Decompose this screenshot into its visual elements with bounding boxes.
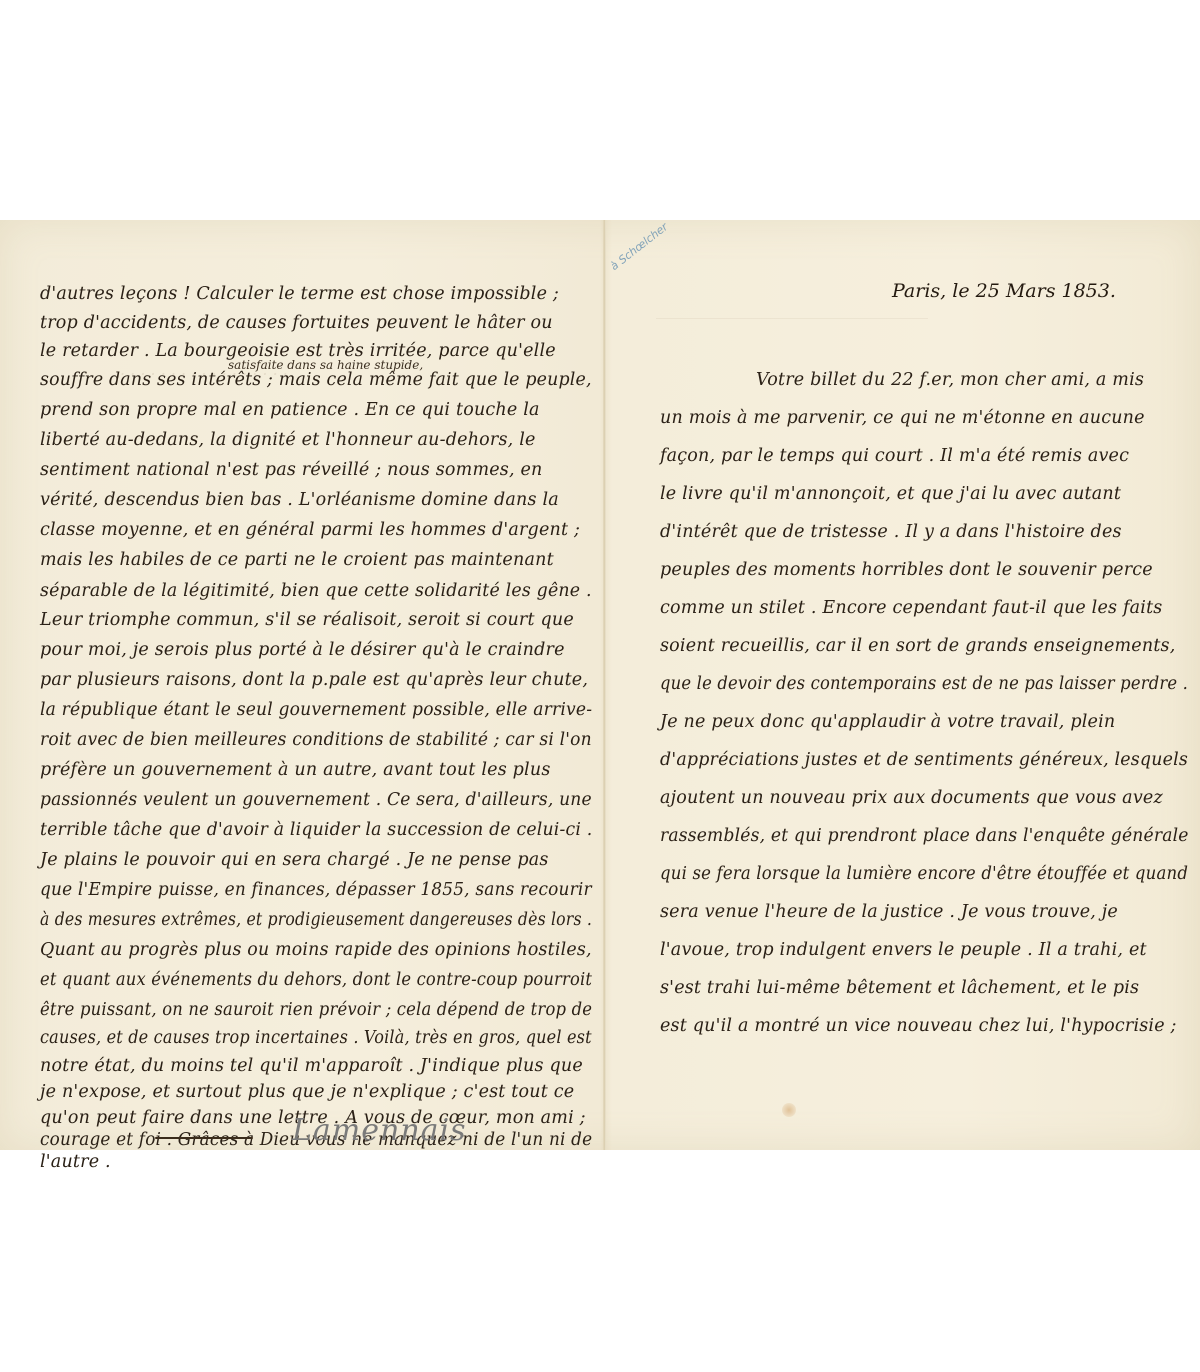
text-line: terrible tâche que d'avoir à liquider la… xyxy=(40,820,592,840)
text-line: le livre qu'il m'annonçoit, et que j'ai … xyxy=(660,484,1121,504)
text-line: Je plains le pouvoir qui en sera chargé … xyxy=(40,850,549,870)
text-line: causes, et de causes trop incertaines . … xyxy=(40,1028,592,1048)
text-line: liberté au-dedans, la dignité et l'honne… xyxy=(40,430,536,450)
text-line: trop d'accidents, de causes fortuites pe… xyxy=(40,313,553,333)
text-line: prend son propre mal en patience . En ce… xyxy=(40,400,540,420)
right-page: à Schœlcher ____________________________… xyxy=(606,220,1200,1150)
text-line: séparable de la légitimité, bien que cet… xyxy=(40,581,592,601)
foxing-stain xyxy=(782,1103,796,1117)
text-line: ajoutent un nouveau prix aux documents q… xyxy=(660,788,1163,808)
text-line: façon, par le temps qui court . Il m'a é… xyxy=(660,446,1129,466)
text-line: d'intérêt que de tristesse . Il y a dans… xyxy=(660,522,1122,542)
text-line: l'autre . xyxy=(40,1152,111,1172)
text-line: Votre billet du 22 f.er, mon cher ami, a… xyxy=(756,370,1144,390)
text-line: notre état, du moins tel qu'il m'apparoî… xyxy=(40,1056,583,1076)
text-line: sera venue l'heure de la justice . Je vo… xyxy=(660,902,1118,922)
text-line: d'appréciations justes et de sentiments … xyxy=(660,750,1188,770)
text-line: par plusieurs raisons, dont la p.pale es… xyxy=(40,670,588,690)
text-line: je n'expose, et surtout plus que je n'ex… xyxy=(40,1082,574,1102)
text-line: que l'Empire puisse, en finances, dépass… xyxy=(40,880,592,900)
text-line: d'autres leçons ! Calculer le terme est … xyxy=(40,284,559,304)
text-line: sentiment national n'est pas réveillé ; … xyxy=(40,460,543,480)
pencil-annotation: à Schœlcher xyxy=(608,220,670,273)
text-line: qui se fera lorsque la lumière encore d'… xyxy=(660,864,1188,884)
text-line: préfère un gouvernement à un autre, avan… xyxy=(40,760,551,780)
text-line: souffre dans ses intérêts ; mais cela mê… xyxy=(40,370,592,390)
signature: Lamennais xyxy=(292,1113,467,1148)
text-line: l'avoue, trop indulgent envers le peuple… xyxy=(660,940,1147,960)
text-line: Je ne peux donc qu'applaudir à votre tra… xyxy=(660,712,1115,732)
text-line: et quant aux événements du dehors, dont … xyxy=(40,970,592,990)
text-line: Quant au progrès plus ou moins rapide de… xyxy=(40,940,592,960)
text-line: rassemblés, et qui prendront place dans … xyxy=(660,826,1189,846)
closing-flourish xyxy=(155,1137,253,1139)
letter-sheet: . . . . . . . . . . . . . . . . . d'autr… xyxy=(0,220,1200,1150)
show-through-text: __________________________________ xyxy=(656,300,928,319)
text-line: pour moi, je serois plus porté à le dési… xyxy=(40,640,565,660)
text-line: à des mesures extrêmes, et prodigieuseme… xyxy=(40,910,592,930)
text-line: Leur triomphe commun, s'il se réalisoit,… xyxy=(40,610,574,630)
text-line: mais les habiles de ce parti ne le croie… xyxy=(40,550,554,570)
text-line: roit avec de bien meilleures conditions … xyxy=(40,730,592,750)
text-line: comme un stilet . Encore cependant faut-… xyxy=(660,598,1162,618)
left-page: . . . . . . . . . . . . . . . . . d'autr… xyxy=(0,220,604,1150)
text-line: est qu'il a montré un vice nouveau chez … xyxy=(660,1016,1177,1036)
text-line: passionnés veulent un gouvernement . Ce … xyxy=(40,790,592,810)
text-line: être puissant, on ne sauroit rien prévoi… xyxy=(40,1000,592,1020)
dateline: Paris, le 25 Mars 1853. xyxy=(892,280,1116,302)
text-line: la république étant le seul gouvernement… xyxy=(40,700,592,720)
text-line: un mois à me parvenir, ce qui ne m'étonn… xyxy=(660,408,1145,428)
text-line: peuples des moments horribles dont le so… xyxy=(660,560,1153,580)
text-line: soient recueillis, car il en sort de gra… xyxy=(660,636,1176,656)
text-line: vérité, descendus bien bas . L'orléanism… xyxy=(40,490,559,510)
text-line: s'est trahi lui-même bêtement et lâcheme… xyxy=(660,978,1139,998)
text-line: classe moyenne, et en général parmi les … xyxy=(40,520,580,540)
text-line: que le devoir des contemporains est de n… xyxy=(660,674,1188,694)
